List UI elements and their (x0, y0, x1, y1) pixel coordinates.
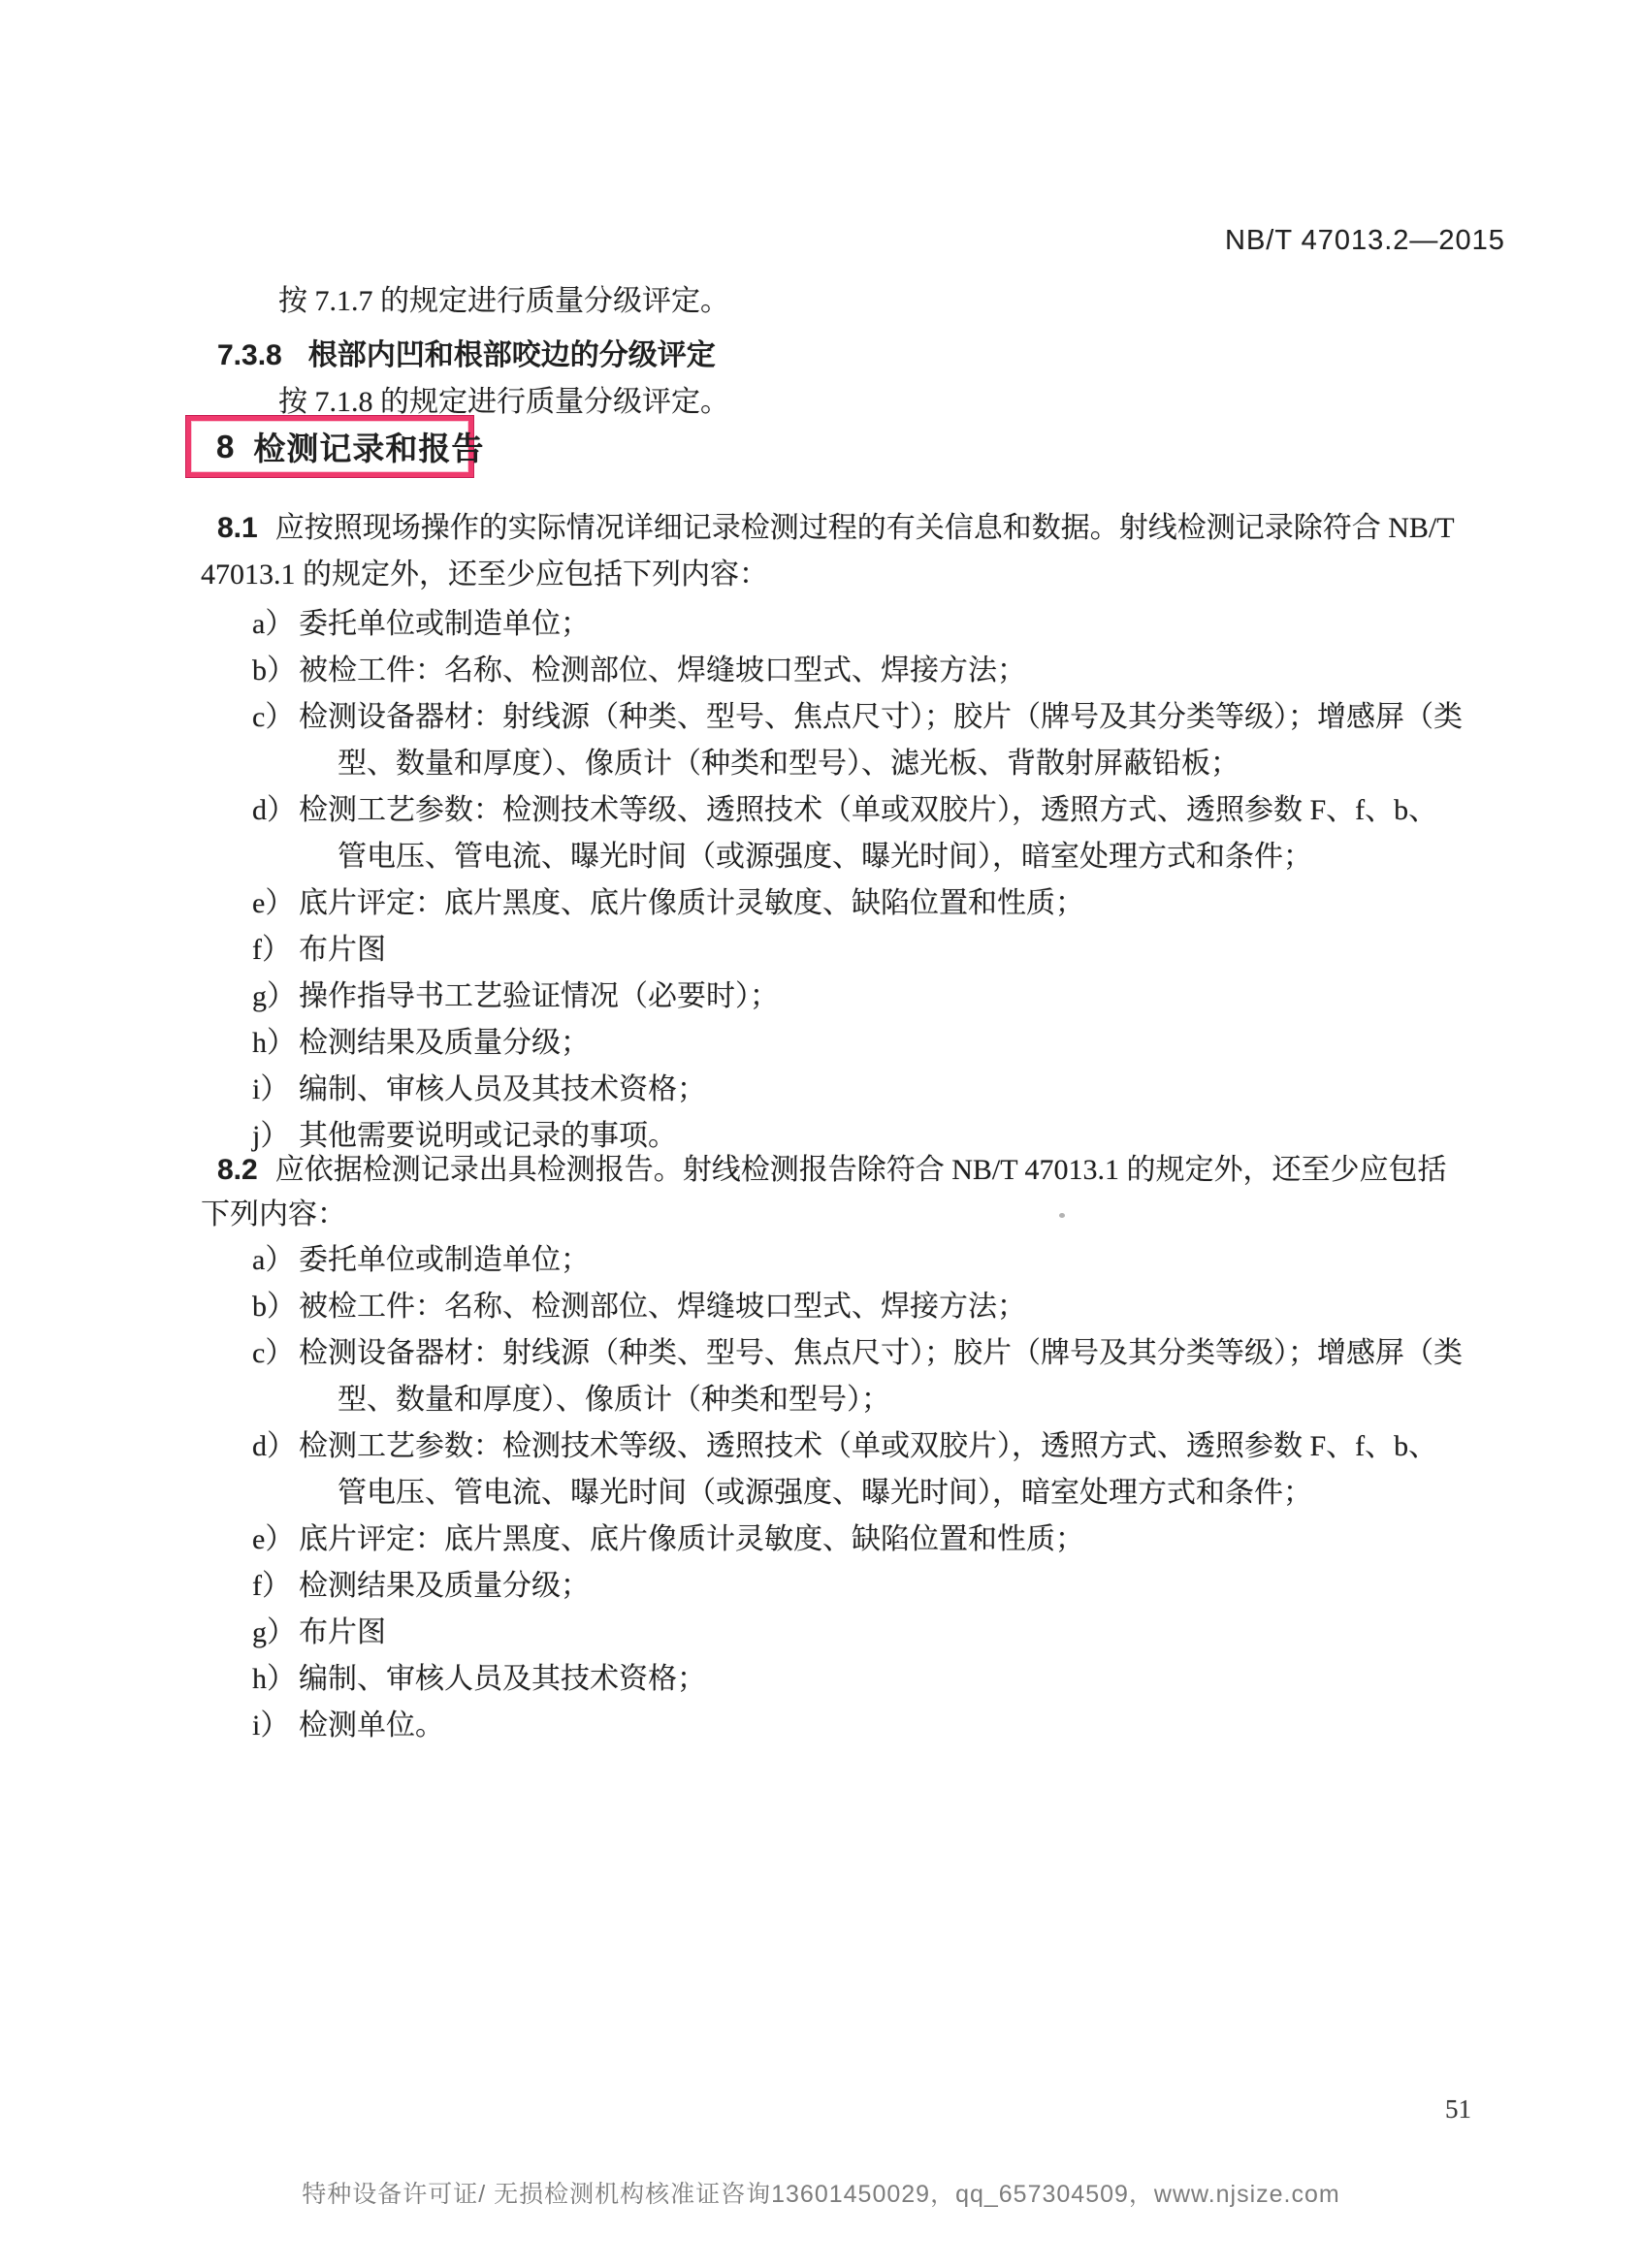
list-item-lines: 委托单位或制造单位； (252, 1237, 1463, 1284)
list-item-line: 底片评定：底片黑度、底片像质计灵敏度、缺陷位置和性质； (299, 880, 1463, 927)
list-item: g） 操作指导书工艺验证情况（必要时）； (252, 974, 1463, 1020)
list-item-line: 编制、审核人员及其技术资格； (299, 1067, 1463, 1113)
list-item-line: 检测单位。 (299, 1703, 1463, 1749)
clause-7-3-8-number: 7.3.8 (217, 339, 282, 371)
list-item-line: 底片评定：底片黑度、底片像质计灵敏度、缺陷位置和性质； (299, 1517, 1463, 1563)
list-item-lines: 底片评定：底片黑度、底片像质计灵敏度、缺陷位置和性质； (252, 880, 1463, 927)
list-item-lines: 被检工件：名称、检测部位、焊缝坡口型式、焊接方法； (252, 1284, 1463, 1330)
list-item-line: 检测结果及质量分级； (299, 1020, 1463, 1067)
list-item-line: 管电压、管电流、曝光时间（或源强度、曝光时间），暗室处理方式和条件； (338, 834, 1463, 880)
list-item-lines: 检测单位。 (252, 1703, 1463, 1749)
list-item-line: 检测设备器材：射线源（种类、型号、焦点尺寸）；胶片（牌号及其分类等级）；增感屏（… (299, 694, 1463, 741)
section-8-number: 8 (216, 429, 234, 465)
list-item-label: d） (252, 1423, 296, 1470)
clause-8-1-number: 8.1 (217, 512, 258, 544)
clause-7-3-8-title: 根部内凹和根部咬边的分级评定 (308, 339, 716, 371)
list-item-line: 委托单位或制造单位； (299, 1237, 1463, 1284)
list-item-label: a） (252, 601, 294, 648)
list-item-label: f） (252, 1563, 291, 1610)
list-item-lines: 编制、审核人员及其技术资格； (252, 1067, 1463, 1113)
list-item-lines: 检测结果及质量分级； (252, 1020, 1463, 1067)
clause-8-1-line2: 47013.1 的规定外，还至少应包括下列内容： (201, 556, 768, 594)
list-item: c） 检测设备器材：射线源（种类、型号、焦点尺寸）；胶片（牌号及其分类等级）；增… (252, 694, 1463, 787)
list-item: a） 委托单位或制造单位； (252, 601, 1463, 648)
list-item: a） 委托单位或制造单位； (252, 1237, 1463, 1284)
list-item: d） 检测工艺参数：检测技术等级、透照技术（单或双胶片），透照方式、透照参数 F… (252, 787, 1463, 880)
list-item: g） 布片图 (252, 1610, 1463, 1656)
clause-8-2-line2: 下列内容： (201, 1196, 346, 1234)
list-item-lines: 委托单位或制造单位； (252, 601, 1463, 648)
list-item: e） 底片评定：底片黑度、底片像质计灵敏度、缺陷位置和性质； (252, 1517, 1463, 1563)
list-item-label: e） (252, 880, 294, 927)
list-item-line: 被检工件：名称、检测部位、焊缝坡口型式、焊接方法； (299, 1284, 1463, 1330)
list-item-line: 编制、审核人员及其技术资格； (299, 1656, 1463, 1703)
list-item-label: c） (252, 1330, 294, 1377)
clause-8-2-list: a） 委托单位或制造单位； b） 被检工件：名称、检测部位、焊缝坡口型式、焊接方… (252, 1237, 1463, 1749)
scan-artifact-dot (1059, 1213, 1065, 1218)
section-8-title: 检测记录和报告 (253, 424, 484, 469)
clause-8-2-text1: 应依据检测记录出具检测报告。射线检测报告除符合 NB/T 47013.1 的规定… (275, 1154, 1447, 1186)
list-item-lines: 布片图 (252, 927, 1463, 974)
list-item-label: g） (252, 974, 296, 1020)
list-item-line: 被检工件：名称、检测部位、焊缝坡口型式、焊接方法； (299, 648, 1463, 694)
list-item-label: b） (252, 1284, 296, 1330)
list-item: b） 被检工件：名称、检测部位、焊缝坡口型式、焊接方法； (252, 1284, 1463, 1330)
list-item-label: i） (252, 1067, 289, 1113)
list-item: b） 被检工件：名称、检测部位、焊缝坡口型式、焊接方法； (252, 648, 1463, 694)
list-item-line: 检测设备器材：射线源（种类、型号、焦点尺寸）；胶片（牌号及其分类等级）；增感屏（… (299, 1330, 1463, 1377)
list-item-line: 布片图 (299, 927, 1463, 974)
page-number: 51 (1445, 2094, 1471, 2124)
list-item: h） 检测结果及质量分级； (252, 1020, 1463, 1067)
list-item-line: 布片图 (299, 1610, 1463, 1656)
list-item-lines: 检测设备器材：射线源（种类、型号、焦点尺寸）；胶片（牌号及其分类等级）；增感屏（… (252, 694, 1463, 787)
clause-8-1-list: a） 委托单位或制造单位； b） 被检工件：名称、检测部位、焊缝坡口型式、焊接方… (252, 601, 1463, 1160)
list-item-lines: 被检工件：名称、检测部位、焊缝坡口型式、焊接方法； (252, 648, 1463, 694)
list-item-line: 型、数量和厚度）、像质计（种类和型号）； (338, 1377, 1463, 1423)
list-item-label: f） (252, 927, 291, 974)
clause-8-1-line1: 8.1应按照现场操作的实际情况详细记录检测过程的有关信息和数据。射线检测记录除符… (217, 509, 1455, 548)
list-item: c） 检测设备器材：射线源（种类、型号、焦点尺寸）；胶片（牌号及其分类等级）；增… (252, 1330, 1463, 1423)
list-item-lines: 布片图 (252, 1610, 1463, 1656)
list-item-line: 管电压、管电流、曝光时间（或源强度、曝光时间），暗室处理方式和条件； (338, 1470, 1463, 1517)
list-item-line: 检测工艺参数：检测技术等级、透照技术（单或双胶片），透照方式、透照参数 F、f、… (299, 1423, 1463, 1470)
clause-8-2-number: 8.2 (217, 1154, 258, 1186)
doc-number-header: NB/T 47013.2—2015 (1225, 225, 1505, 257)
document-page: NB/T 47013.2—2015 按 7.1.7 的规定进行质量分级评定。 7… (0, 0, 1642, 2268)
list-item-line: 委托单位或制造单位； (299, 601, 1463, 648)
list-item-label: b） (252, 648, 296, 694)
clause-8-1-text1: 应按照现场操作的实际情况详细记录检测过程的有关信息和数据。射线检测记录除符合 N… (275, 512, 1455, 544)
list-item-label: h） (252, 1020, 296, 1067)
list-item-label: d） (252, 787, 296, 834)
list-item-lines: 检测结果及质量分级； (252, 1563, 1463, 1610)
list-item-lines: 检测工艺参数：检测技术等级、透照技术（单或双胶片），透照方式、透照参数 F、f、… (252, 1423, 1463, 1517)
list-item: d） 检测工艺参数：检测技术等级、透照技术（单或双胶片），透照方式、透照参数 F… (252, 1423, 1463, 1517)
para-7-1-7: 按 7.1.7 的规定进行质量分级评定。 (278, 282, 729, 321)
list-item-lines: 编制、审核人员及其技术资格； (252, 1656, 1463, 1703)
list-item: i） 编制、审核人员及其技术资格； (252, 1067, 1463, 1113)
list-item: f） 布片图 (252, 927, 1463, 974)
list-item: e） 底片评定：底片黑度、底片像质计灵敏度、缺陷位置和性质； (252, 880, 1463, 927)
list-item-label: g） (252, 1610, 296, 1656)
list-item-label: e） (252, 1517, 294, 1563)
section-8-highlight-box: 8 检测记录和报告 (186, 416, 473, 477)
list-item-line: 检测工艺参数：检测技术等级、透照技术（单或双胶片），透照方式、透照参数 F、f、… (299, 787, 1463, 834)
list-item: h） 编制、审核人员及其技术资格； (252, 1656, 1463, 1703)
list-item-lines: 检测设备器材：射线源（种类、型号、焦点尺寸）；胶片（牌号及其分类等级）；增感屏（… (252, 1330, 1463, 1423)
list-item-line: 操作指导书工艺验证情况（必要时）； (299, 974, 1463, 1020)
list-item-label: i） (252, 1703, 289, 1749)
list-item-lines: 检测工艺参数：检测技术等级、透照技术（单或双胶片），透照方式、透照参数 F、f、… (252, 787, 1463, 880)
list-item-label: a） (252, 1237, 294, 1284)
list-item: f） 检测结果及质量分级； (252, 1563, 1463, 1610)
list-item-label: h） (252, 1656, 296, 1703)
list-item: i） 检测单位。 (252, 1703, 1463, 1749)
list-item-lines: 底片评定：底片黑度、底片像质计灵敏度、缺陷位置和性质； (252, 1517, 1463, 1563)
footer-watermark: 特种设备许可证/ 无损检测机构核准证咨询13601450029，qq_65730… (0, 2175, 1642, 2210)
list-item-lines: 操作指导书工艺验证情况（必要时）； (252, 974, 1463, 1020)
list-item-line: 检测结果及质量分级； (299, 1563, 1463, 1610)
list-item-label: c） (252, 694, 294, 741)
clause-7-3-8-heading: 7.3.8根部内凹和根部咬边的分级评定 (217, 336, 716, 375)
list-item-line: 型、数量和厚度）、像质计（种类和型号）、滤光板、背散射屏蔽铅板； (338, 741, 1463, 787)
clause-8-2-line1: 8.2应依据检测记录出具检测报告。射线检测报告除符合 NB/T 47013.1 … (217, 1151, 1447, 1190)
